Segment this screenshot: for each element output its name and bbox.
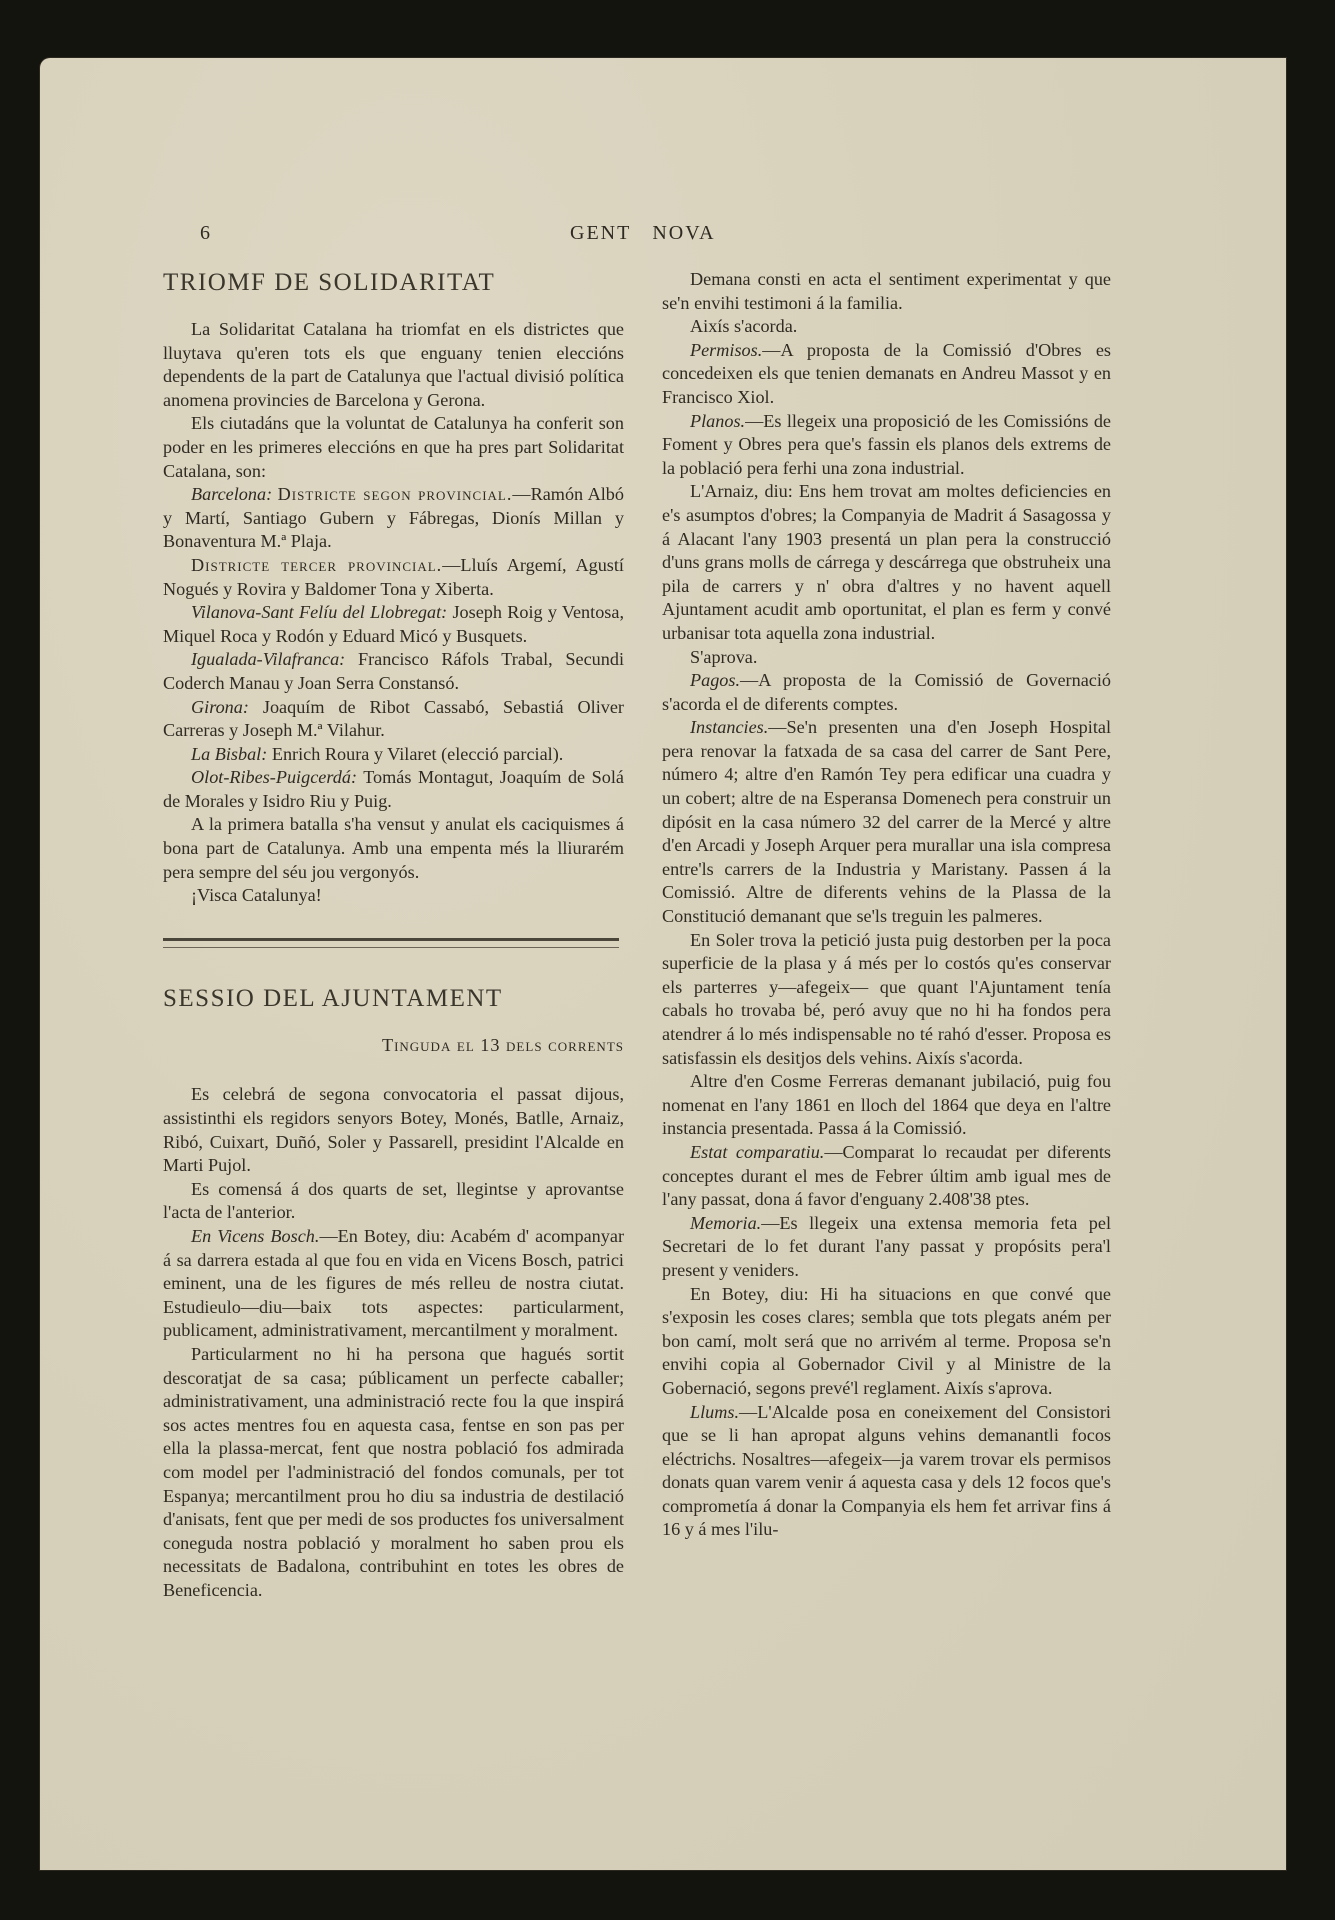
paragraph: Barcelona: Districte segon provincial.—R… <box>163 483 624 554</box>
running-head: 6 GENT NOVA <box>200 222 745 248</box>
paragraph: En Soler trova la petició justa puig des… <box>662 929 1111 1071</box>
article-title-sessio: SESSIO DEL AJUNTAMENT <box>163 984 624 1014</box>
paragraph: ¡Visca Catalunya! <box>163 884 624 908</box>
paragraph: Memoria.—Es llegeix una extensa memoria … <box>662 1212 1111 1283</box>
paragraph: Els ciutadáns que la voluntat de Catalun… <box>163 412 624 483</box>
right-column: Demana consti en acta el sentiment exper… <box>662 268 1111 1542</box>
paragraph: Districte tercer provincial.—Lluís Argem… <box>163 554 624 601</box>
paragraph: Permisos.—A proposta de la Comissió d'Ob… <box>662 339 1111 410</box>
paragraph: Vilanova-Sant Felíu del Llobregat: Josep… <box>163 601 624 648</box>
paragraph: Pagos.—A proposta de la Comissió de Gove… <box>662 669 1111 716</box>
paragraph: Olot-Ribes-Puigcerdá: Tomás Montagut, Jo… <box>163 766 624 813</box>
paragraph: Planos.—Es llegeix una proposició de les… <box>662 410 1111 481</box>
paragraph: L'Arnaiz, diu: Ens hem trovat am moltes … <box>662 480 1111 645</box>
paragraph: Girona: Joaquím de Ribot Cassabó, Sebast… <box>163 696 624 743</box>
left-column: TRIOMF DE SOLIDARITAT La Solidaritat Cat… <box>163 268 624 1603</box>
dateline: Tinguda el 13 dels corrents <box>163 1034 624 1058</box>
page-number: 6 <box>200 222 210 245</box>
paragraph: Igualada-Vilafranca: Francisco Ráfols Tr… <box>163 648 624 695</box>
paragraph: S'aprova. <box>662 646 1111 670</box>
paragraph: Particularment no hi ha persona que hagu… <box>163 1343 624 1603</box>
paragraph: En Vicens Bosch.—En Botey, diu: Acabém d… <box>163 1225 624 1343</box>
paragraph: En Botey, diu: Hi ha situacions en que c… <box>662 1283 1111 1401</box>
paragraph: Demana consti en acta el sentiment exper… <box>662 268 1111 315</box>
paragraph: Estat comparatiu.—Comparat lo recaudat p… <box>662 1141 1111 1212</box>
paragraph: Altre d'en Cosme Ferreras demanant jubil… <box>662 1070 1111 1141</box>
paragraph: A la primera batalla s'ha vensut y anula… <box>163 813 624 884</box>
paragraph: Llums.—L'Alcalde posa en coneixement del… <box>662 1401 1111 1543</box>
paragraph: Es comensá á dos quarts de set, llegints… <box>163 1178 624 1225</box>
paragraph: La Solidaritat Catalana ha triomfat en e… <box>163 318 624 412</box>
paragraph: La Bisbal: Enrich Roura y Vilaret (elecc… <box>163 743 624 767</box>
section-divider <box>163 938 619 948</box>
paragraph: Instancies.—Se'n presenten una d'en Jose… <box>662 716 1111 928</box>
paragraph: Aixís s'acorda. <box>662 315 1111 339</box>
paragraph: Es celebrá de segona convocatoria el pas… <box>163 1083 624 1177</box>
article-title-triomf: TRIOMF DE SOLIDARITAT <box>163 268 624 298</box>
masthead: GENT NOVA <box>570 222 716 245</box>
